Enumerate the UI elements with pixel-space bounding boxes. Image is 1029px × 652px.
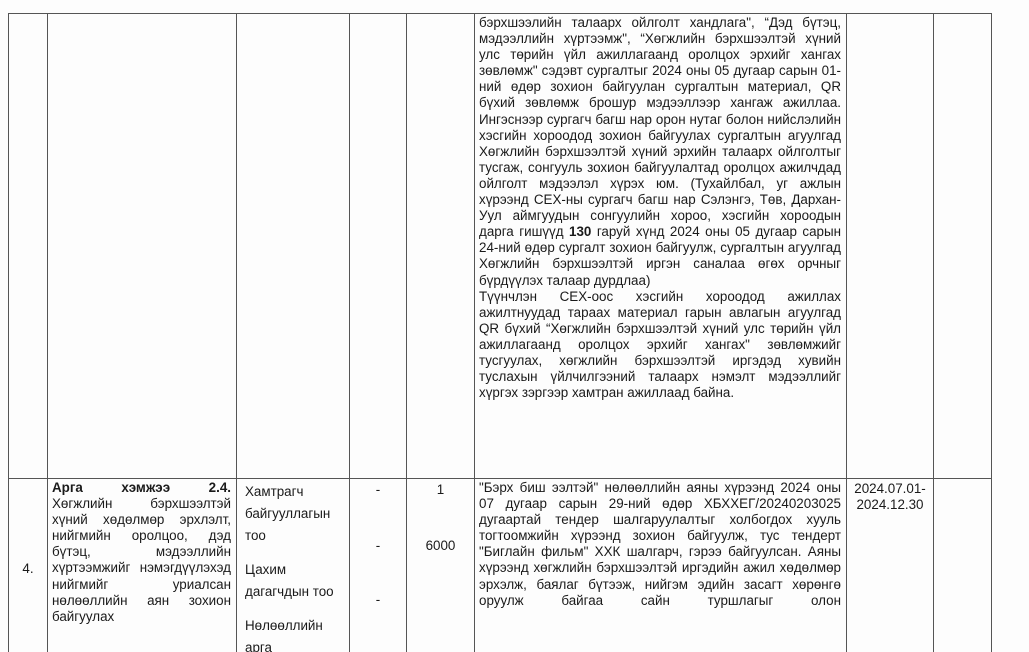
target-1: 1	[407, 479, 474, 501]
baseline-3: -	[350, 589, 406, 611]
cell-number-empty	[9, 14, 48, 479]
action-plan-table: бэрхшээлийн талаарх ойлголт хандлага", “…	[8, 13, 992, 652]
activity-title: Арга хэмжээ 2.4.	[52, 480, 231, 496]
cell-note	[934, 479, 992, 652]
table-row-4: 4. Арга хэмжээ 2.4. Хөгжлийн бэрхшээлтэй…	[9, 479, 992, 652]
cell-indicators: Хамтрагч байгууллагын тоо Цахим дагагчды…	[237, 479, 350, 652]
baseline-1: -	[350, 479, 406, 501]
activity-text: Хөгжлийн бэрхшээлтэй хүний хөдөлмөр эрхл…	[52, 496, 231, 625]
cell-description: бэрхшээлийн талаарх ойлголт хандлага", “…	[475, 14, 847, 479]
highlighted-count: 130	[569, 224, 591, 239]
period-start: 2024.07.01-	[847, 481, 933, 497]
cell-activity: Арга хэмжээ 2.4. Хөгжлийн бэрхшээлтэй хү…	[48, 479, 237, 652]
cell-period: 2024.07.01- 2024.12.30	[847, 479, 934, 652]
cell-baseline: - - -	[350, 479, 407, 652]
description-paragraph-1: бэрхшээлийн талаарх ойлголт хандлага", “…	[479, 15, 841, 289]
baseline-2: -	[350, 535, 406, 557]
indicator-online-followers: Цахим дагагчдын тоо	[245, 559, 344, 603]
cell-activity-empty	[48, 14, 237, 479]
row-number: 4.	[9, 479, 48, 652]
indicator-advocacy-method: Нөлөөллийн арга	[245, 615, 344, 652]
cell-period-empty	[847, 14, 934, 479]
document-page: бэрхшээлийн талаарх ойлголт хандлага", “…	[0, 0, 1029, 652]
table-row-continued: бэрхшээлийн талаарх ойлголт хандлага", “…	[9, 14, 992, 479]
indicator-partner-orgs: Хамтрагч байгууллагын тоо	[245, 481, 344, 547]
target-2: 6000	[407, 535, 474, 557]
cell-description: "Бэрх биш ээлтэй" нөлөөллийн аяны хүрээн…	[475, 479, 847, 652]
cell-baseline-empty	[350, 14, 407, 479]
cell-target: 1 6000	[407, 479, 475, 652]
period-end: 2024.12.30	[847, 497, 933, 513]
cell-target-empty	[407, 14, 475, 479]
description-paragraph-2: Түүнчлэн СЕХ-оос хэсгийн хороодод ажилла…	[479, 289, 841, 402]
cell-indicator-empty	[237, 14, 350, 479]
cell-note-empty	[934, 14, 992, 479]
description-text: "Бэрх биш ээлтэй" нөлөөллийн аяны хүрээн…	[479, 480, 841, 609]
